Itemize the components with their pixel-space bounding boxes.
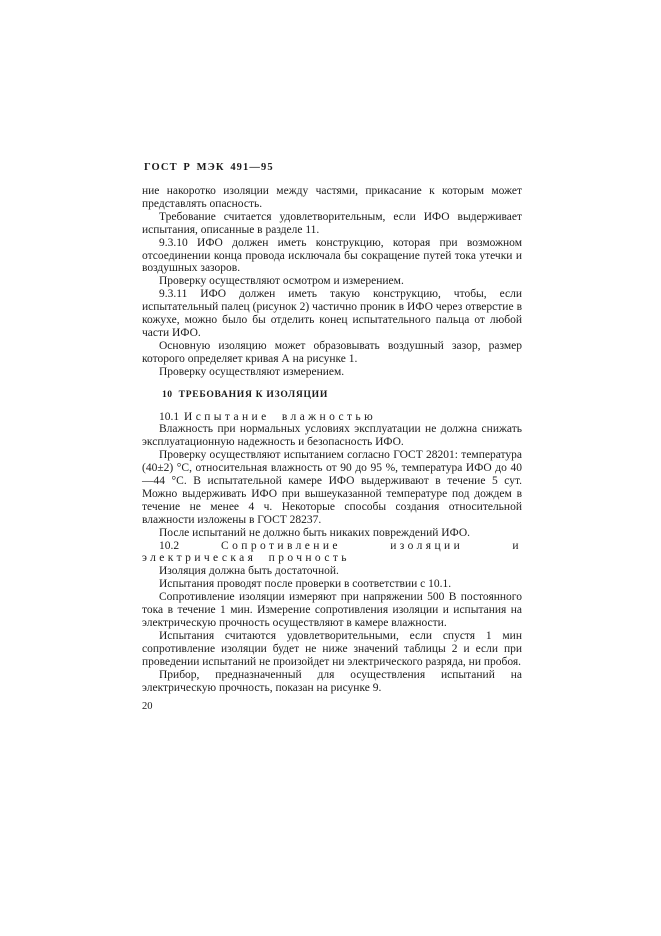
- paragraph: Проверку осуществляют испытанием согласн…: [142, 449, 522, 526]
- subsection-heading-10-2: 10.2 Сопротивление изоляции и электричес…: [142, 540, 522, 566]
- paragraph: Проверку осуществляют осмотром и измерен…: [142, 275, 522, 288]
- paragraph: Сопротивление изоляции измеряют при напр…: [142, 591, 522, 630]
- paragraph: Испытания считаются удовлетворительными,…: [142, 630, 522, 669]
- paragraph-continuation: ние накоротко изоляции между частями, пр…: [142, 185, 522, 211]
- paragraph: Проверку осуществляют измерением.: [142, 366, 522, 379]
- paragraph: Изоляция должна быть достаточной.: [142, 565, 522, 578]
- text-body: ние накоротко изоляции между частями, пр…: [142, 185, 522, 694]
- paragraph: Прибор, предназначенный для осуществлени…: [142, 669, 522, 695]
- paragraph: После испытаний не должно быть никаких п…: [142, 527, 522, 540]
- document-page: ГОСТ Р МЭК 491—95 ние накоротко изоляции…: [0, 0, 661, 936]
- section-number: 10: [162, 389, 173, 400]
- subsection-heading-10-1: 10.1 Испытание влажностью: [142, 411, 522, 424]
- running-header: ГОСТ Р МЭК 491—95: [144, 162, 274, 173]
- page-number: 20: [142, 701, 153, 712]
- subsection-number: 10.2: [159, 540, 179, 552]
- paragraph: Испытания проводят после проверки в соот…: [142, 578, 522, 591]
- subsection-title: Испытание влажностью: [184, 411, 376, 423]
- paragraph: Требование считается удовлетворительным,…: [142, 211, 522, 237]
- subsection-number: 10.1: [159, 411, 179, 423]
- paragraph: Основную изоляцию может образовывать воз…: [142, 340, 522, 366]
- section-heading-10: 10ТРЕБОВАНИЯ К ИЗОЛЯЦИИ: [142, 389, 522, 402]
- section-title: ТРЕБОВАНИЯ К ИЗОЛЯЦИИ: [179, 389, 328, 400]
- paragraph-clause-9-3-10: 9.3.10 ИФО должен иметь конструкцию, кот…: [142, 237, 522, 276]
- paragraph: Влажность при нормальных условиях эксплу…: [142, 423, 522, 449]
- subsection-title: Сопротивление изоляции и электрическая п…: [142, 540, 522, 565]
- paragraph-clause-9-3-11: 9.3.11 ИФО должен иметь такую конструкци…: [142, 288, 522, 340]
